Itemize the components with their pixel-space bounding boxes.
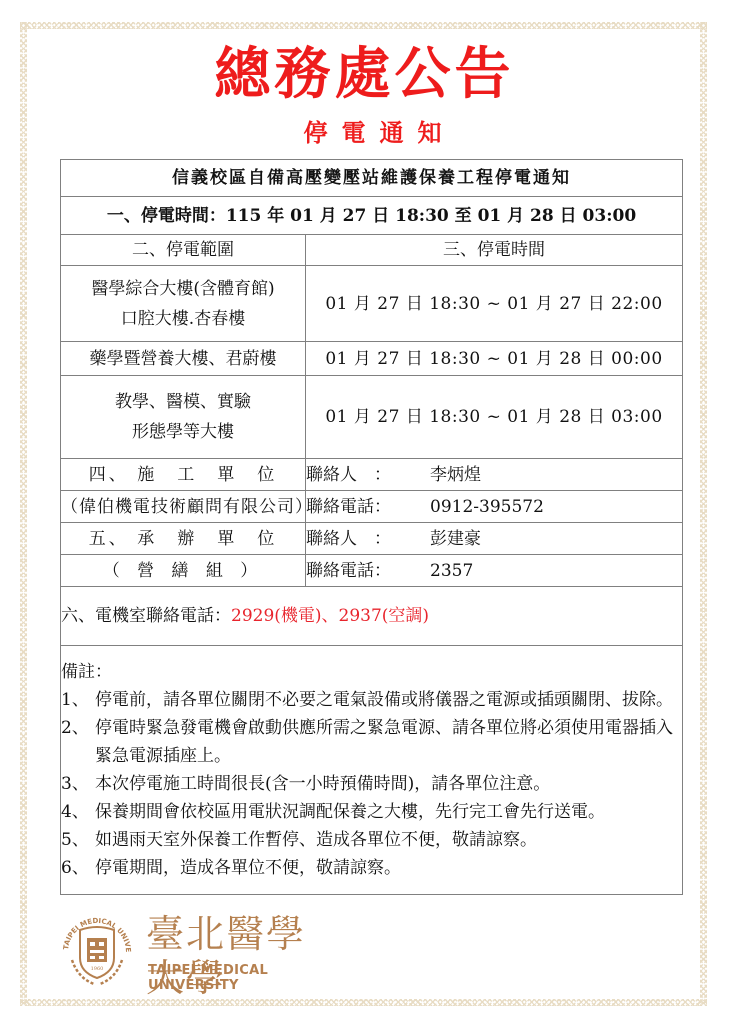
schedule-row: 教學、醫模、實驗 形態學等大樓 01 月 27 日 18:30 ~ 01 月 2… — [61, 376, 683, 459]
border-top — [20, 22, 707, 29]
note-text: 保養期間會依校區用電狀況調配保養之大樓，先行完工會先行送電。 — [95, 798, 682, 826]
organizer-contact-row: 五、 承 辦 單 位 聯絡人 ： 彭建豪 — [61, 523, 683, 555]
schedule-row: 醫學綜合大樓(含體育館) 口腔大樓.杏春樓 01 月 27 日 18:30 ~ … — [61, 266, 683, 342]
scope-cell: 教學、醫模、實驗 形態學等大樓 — [61, 376, 306, 459]
organizer-contact-cell: 聯絡人 ： 彭建豪 — [306, 523, 683, 555]
organizer-dept: （ 營 繕 組 ） — [61, 555, 306, 587]
contact-value: 李炳煌 — [430, 460, 481, 490]
note-text: 如遇雨天室外保養工作暫停、造成各單位不便，敬請諒察。 — [95, 826, 682, 854]
notes-title: 備註： — [61, 658, 682, 686]
phone-label: 聯絡電話： — [306, 556, 430, 586]
contact-label: 聯絡人 ： — [306, 460, 430, 490]
scope-cell: 醫學綜合大樓(含體育館) 口腔大樓.杏春樓 — [61, 266, 306, 342]
page-subtitle: 停電通知 — [0, 118, 729, 148]
machine-room-label: 六、電機室聯絡電話： — [61, 606, 231, 626]
scope-cell: 藥學暨營養大樓、君蔚樓 — [61, 342, 306, 376]
scope-line: 藥學暨營養大樓、君蔚樓 — [61, 344, 305, 374]
border-left — [20, 22, 27, 1006]
note-number: 2、 — [61, 714, 95, 770]
outage-period: 一、停電時間：115 年 01 月 27 日 18:30 至 01 月 28 日… — [61, 197, 683, 235]
note-number: 6、 — [61, 854, 95, 882]
time-cell: 01 月 27 日 18:30 ~ 01 月 28 日 03:00 — [306, 376, 683, 459]
university-crest-icon: TAIPEI MEDICAL UNIVERSITY 1960 — [56, 908, 138, 990]
notice-table: 信義校區自備高壓變壓站維護保養工程停電通知 一、停電時間：115 年 01 月 … — [60, 159, 683, 895]
page-title: 總務處公告 — [0, 40, 729, 110]
time-cell: 01 月 27 日 18:30 ~ 01 月 28 日 00:00 — [306, 342, 683, 376]
organizer-phone-cell: 聯絡電話： 2357 — [306, 555, 683, 587]
note-item: 1、停電前，請各單位關閉不必要之電氣設備或將儀器之電源或插頭關閉、拔除。 — [61, 686, 682, 714]
column-header-scope: 二、停電範圍 — [61, 235, 306, 266]
border-right — [700, 22, 707, 1006]
university-logo: TAIPEI MEDICAL UNIVERSITY 1960 臺北醫學大學 TA… — [56, 908, 331, 990]
schedule-row: 藥學暨營養大樓、君蔚樓 01 月 27 日 18:30 ~ 01 月 28 日 … — [61, 342, 683, 376]
phone-value: 2357 — [430, 556, 473, 586]
scope-line: 口腔大樓.杏春樓 — [61, 304, 305, 334]
notes-row: 備註： 1、停電前，請各單位關閉不必要之電氣設備或將儀器之電源或插頭關閉、拔除。… — [61, 646, 683, 895]
contractor-contact-row: 四、 施 工 單 位 聯絡人 ： 李炳煌 — [61, 459, 683, 491]
note-item: 2、停電時緊急發電機會啟動供應所需之緊急電源、請各單位將必須使用電器插入緊急電源… — [61, 714, 682, 770]
note-item: 3、本次停電施工時間很長(含一小時預備時間)，請各單位注意。 — [61, 770, 682, 798]
note-item: 5、如遇雨天室外保養工作暫停、造成各單位不便，敬請諒察。 — [61, 826, 682, 854]
contractor-contact-cell: 聯絡人 ： 李炳煌 — [306, 459, 683, 491]
note-text: 本次停電施工時間很長(含一小時預備時間)，請各單位注意。 — [95, 770, 682, 798]
svg-text:1960: 1960 — [91, 966, 104, 972]
column-header-time: 三、停電時間 — [306, 235, 683, 266]
organizer-phone-row: （ 營 繕 組 ） 聯絡電話： 2357 — [61, 555, 683, 587]
note-number: 5、 — [61, 826, 95, 854]
phone-label: 聯絡電話： — [306, 492, 430, 522]
note-item: 6、停電期間，造成各單位不便，敬請諒察。 — [61, 854, 682, 882]
border-bottom — [20, 999, 707, 1006]
note-number: 3、 — [61, 770, 95, 798]
notes-cell: 備註： 1、停電前，請各單位關閉不必要之電氣設備或將儀器之電源或插頭關閉、拔除。… — [61, 646, 683, 895]
machine-room-cell: 六、電機室聯絡電話：2929(機電)、2937(空調) — [61, 587, 683, 646]
contractor-company: （偉伯機電技術顧問有限公司） — [61, 491, 306, 523]
scope-line: 形態學等大樓 — [61, 417, 305, 447]
contact-label: 聯絡人 ： — [306, 524, 430, 554]
note-text: 停電前，請各單位關閉不必要之電氣設備或將儀器之電源或插頭關閉、拔除。 — [95, 686, 682, 714]
scope-line: 醫學綜合大樓(含體育館) — [61, 274, 305, 304]
contractor-title: 四、 施 工 單 位 — [61, 459, 306, 491]
note-text: 停電期間，造成各單位不便，敬請諒察。 — [95, 854, 682, 882]
contractor-phone-row: （偉伯機電技術顧問有限公司） 聯絡電話： 0912-395572 — [61, 491, 683, 523]
contractor-phone-cell: 聯絡電話： 0912-395572 — [306, 491, 683, 523]
university-name-english: TAIPEI MEDICAL UNIVERSITY — [148, 963, 331, 993]
machine-room-row: 六、電機室聯絡電話：2929(機電)、2937(空調) — [61, 587, 683, 646]
note-text: 停電時緊急發電機會啟動供應所需之緊急電源、請各單位將必須使用電器插入緊急電源插座… — [95, 714, 682, 770]
organizer-title: 五、 承 辦 單 位 — [61, 523, 306, 555]
machine-room-phones: 2929(機電)、2937(空調) — [231, 606, 429, 626]
note-number: 4、 — [61, 798, 95, 826]
phone-value: 0912-395572 — [430, 492, 544, 522]
notice-heading: 信義校區自備高壓變壓站維護保養工程停電通知 — [61, 160, 683, 197]
contact-value: 彭建豪 — [430, 524, 481, 554]
time-cell: 01 月 27 日 18:30 ~ 01 月 27 日 22:00 — [306, 266, 683, 342]
note-number: 1、 — [61, 686, 95, 714]
note-item: 4、保養期間會依校區用電狀況調配保養之大樓，先行完工會先行送電。 — [61, 798, 682, 826]
scope-line: 教學、醫模、實驗 — [61, 387, 305, 417]
